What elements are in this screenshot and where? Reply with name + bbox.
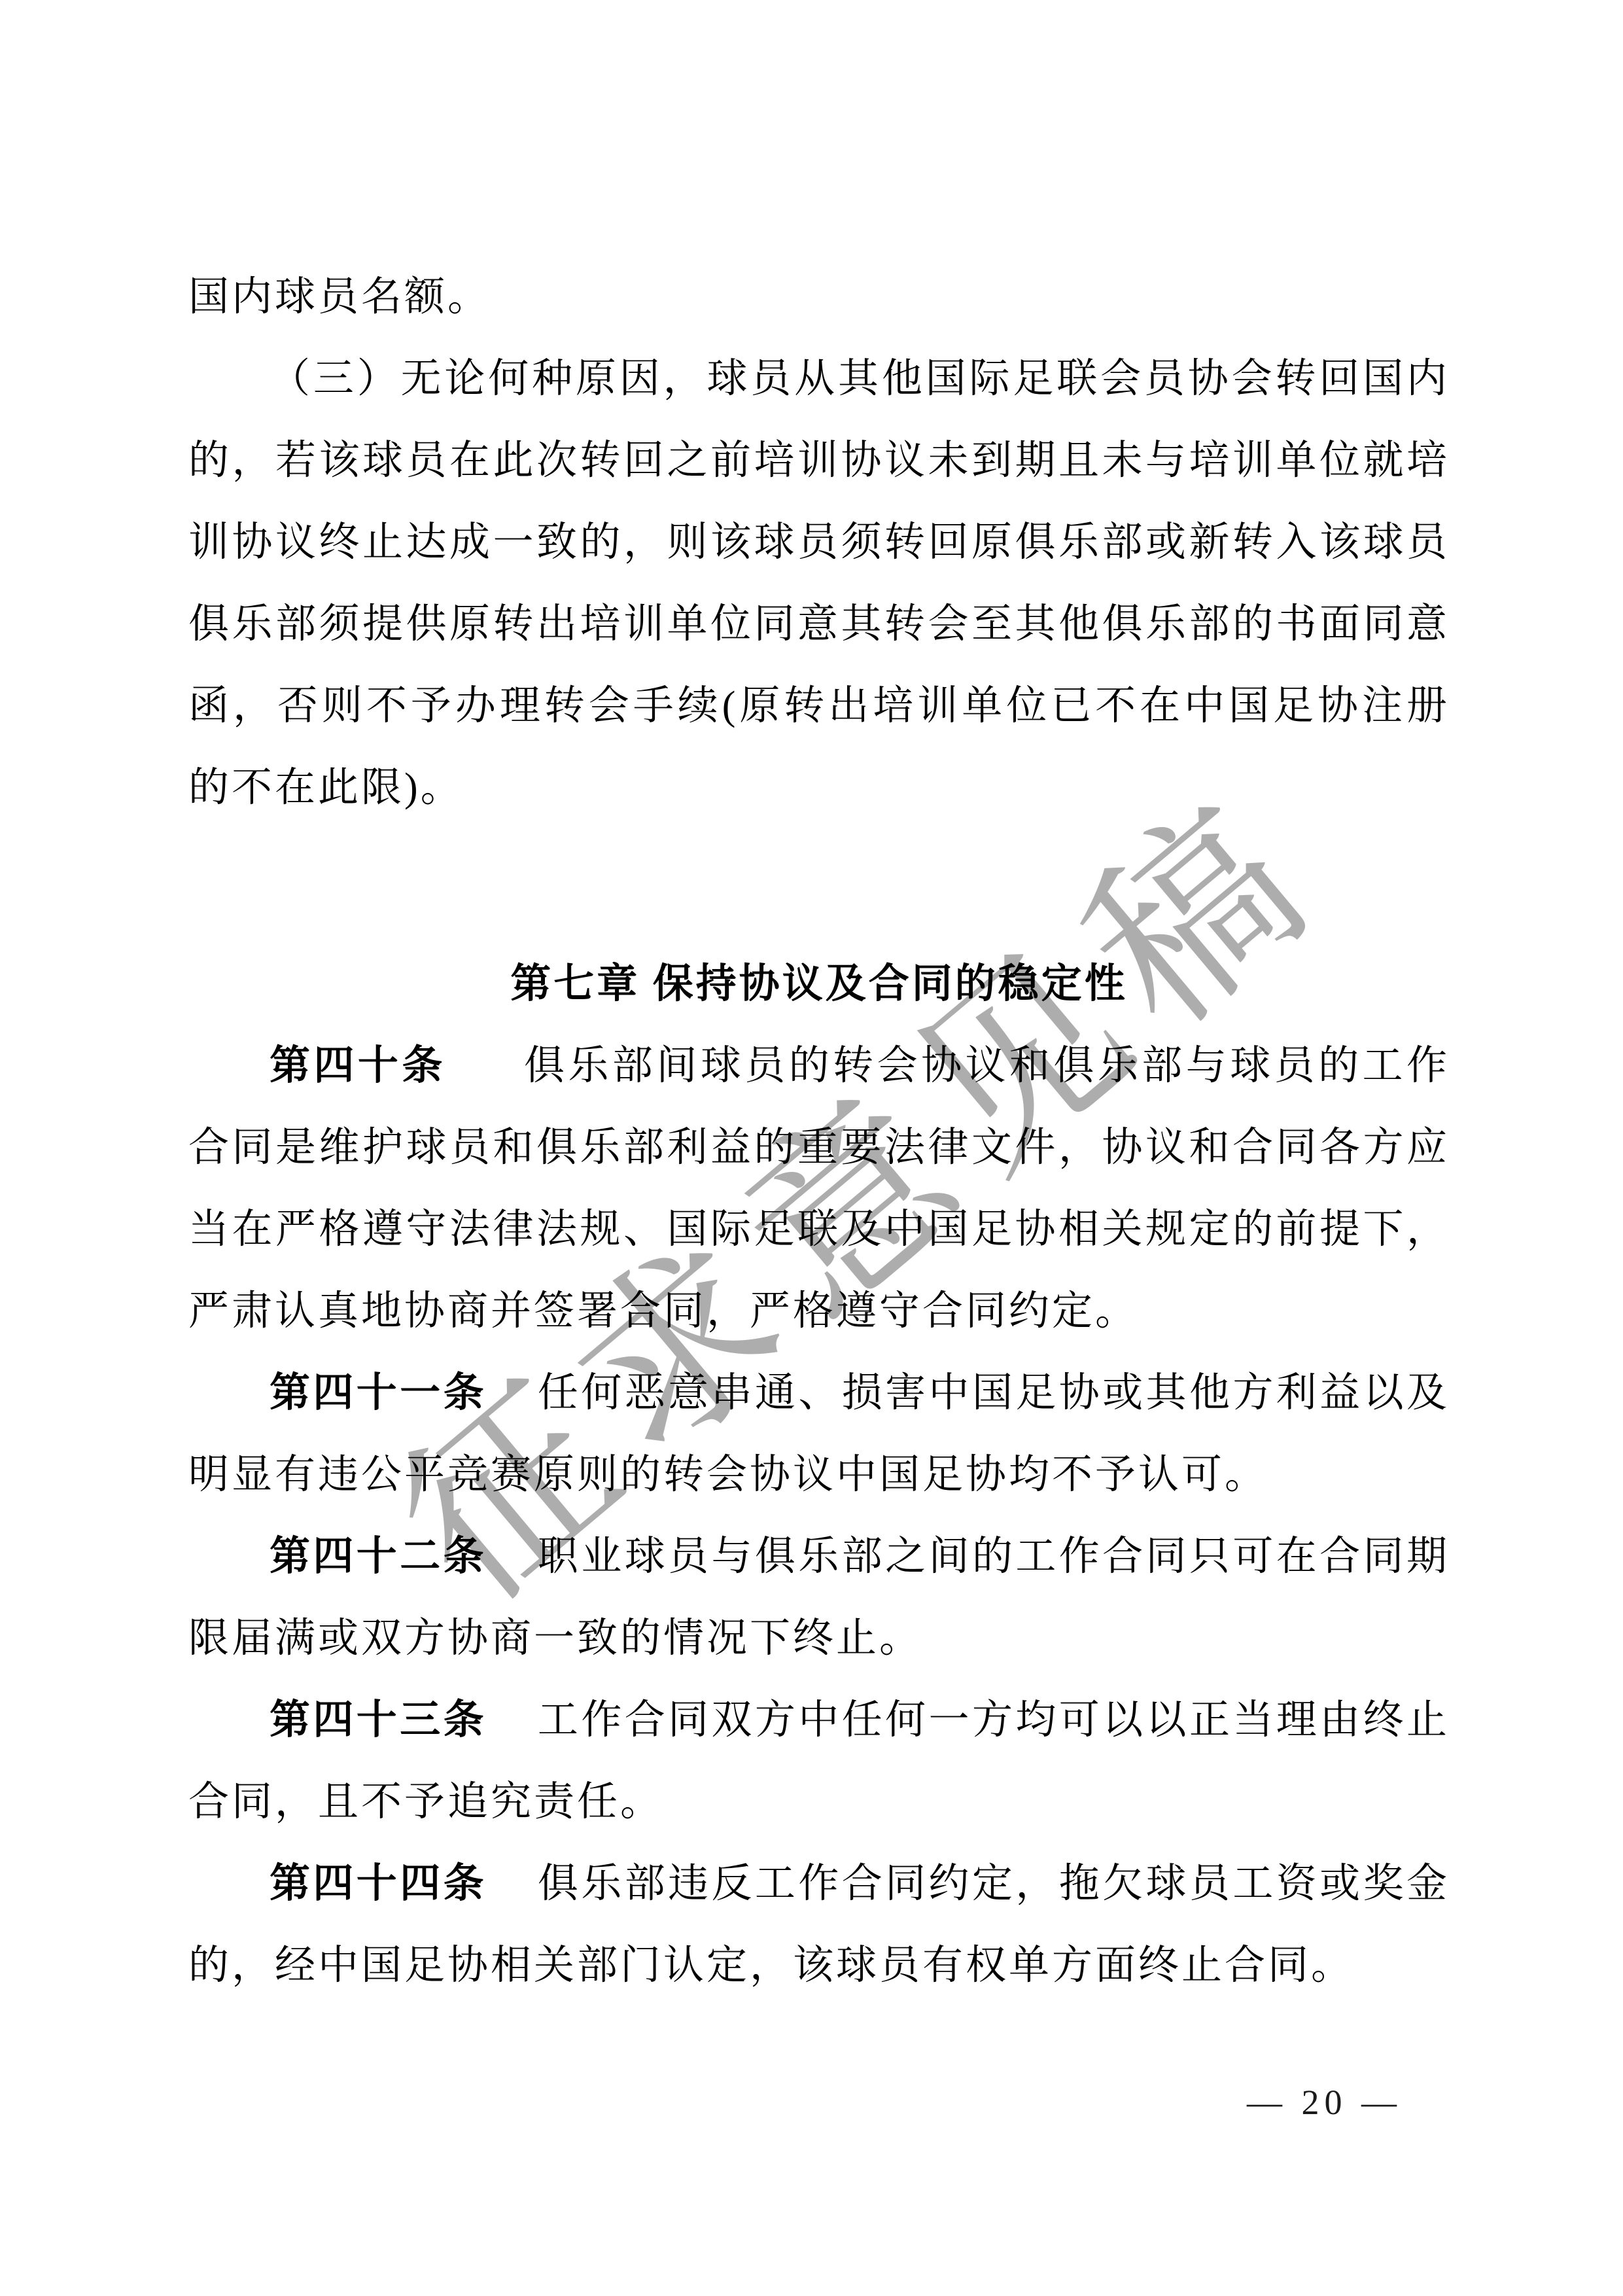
- article-40: 第四十条俱乐部间球员的转会协议和俱乐部与球员的工作合同是维护球员和俱乐部利益的重…: [188, 1025, 1450, 1352]
- article-42-number: 第四十二条: [270, 1534, 487, 1579]
- article-42: 第四十二条职业球员与俱乐部之间的工作合同只可在合同期限届满或双方协商一致的情况下…: [188, 1516, 1450, 1680]
- document-body: 国内球员名额。 （三）无论何种原因，球员从其他国际足联会员协会转回国内的，若该球…: [188, 256, 1450, 2007]
- article-43: 第四十三条工作合同双方中任何一方均可以以正当理由终止合同，且不予追究责任。: [188, 1680, 1450, 1843]
- article-44-number: 第四十四条: [270, 1862, 487, 1906]
- paragraph-item-3: （三）无论何种原因，球员从其他国际足联会员协会转回国内的，若该球员在此次转回之前…: [188, 338, 1450, 829]
- document-page: 征求意见稿 国内球员名额。 （三）无论何种原因，球员从其他国际足联会员协会转回国…: [0, 0, 1623, 2296]
- article-41: 第四十一条任何恶意串通、损害中国足协或其他方利益以及明显有违公平竞赛原则的转会协…: [188, 1352, 1450, 1516]
- paragraph-continuation: 国内球员名额。: [188, 256, 1450, 338]
- page-number: — 20 —: [1247, 2082, 1402, 2123]
- article-40-number: 第四十条: [270, 1044, 446, 1088]
- chapter-heading: 第七章 保持协议及合同的稳定性: [188, 944, 1450, 1025]
- article-44: 第四十四条俱乐部违反工作合同约定，拖欠球员工资或奖金的，经中国足协相关部门认定，…: [188, 1843, 1450, 2007]
- article-41-number: 第四十一条: [270, 1371, 487, 1415]
- article-43-number: 第四十三条: [270, 1698, 487, 1742]
